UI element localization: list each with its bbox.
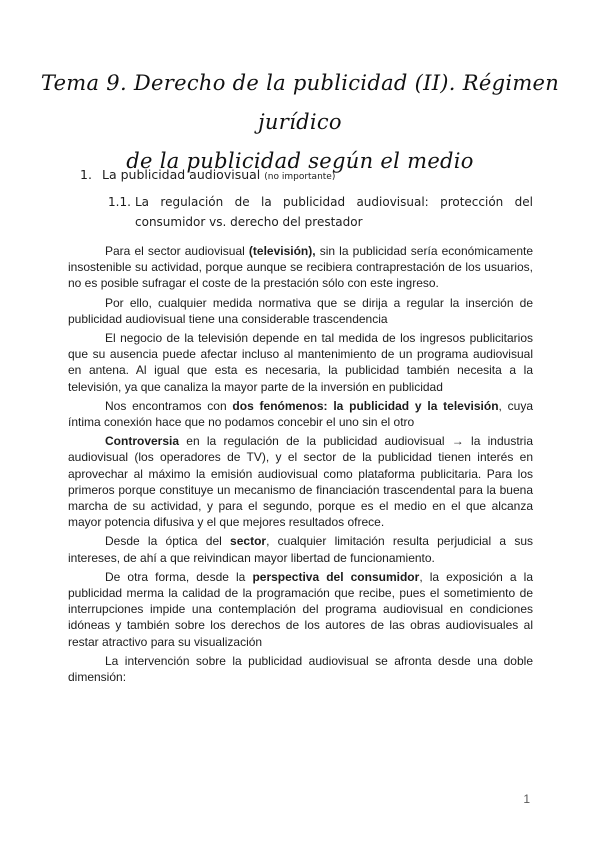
body-text: Para el sector audiovisual (televisión),… <box>68 243 533 685</box>
paragraph: Controversia en la regulación de la publ… <box>68 433 533 530</box>
heading-1-content: La publicidad audiovisual (no importante… <box>102 166 335 186</box>
text-run: Para el sector audiovisual <box>105 244 249 258</box>
document-page: Tema 9. Derecho de la publicidad (II). R… <box>0 0 600 848</box>
heading-1-note: (no importante) <box>264 172 335 182</box>
text-run: en la regulación de la publicidad audiov… <box>68 434 533 529</box>
heading-1-1: 1.1. La regulación de la publicidad audi… <box>68 192 533 232</box>
text-run: Por ello, cualquier medida normativa que… <box>68 296 533 326</box>
paragraph: De otra forma, desde la perspectiva del … <box>68 569 533 650</box>
text-run: De otra forma, desde la <box>105 570 252 584</box>
text-run: Nos encontramos con <box>105 399 232 413</box>
paragraph: Por ello, cualquier medida normativa que… <box>68 295 533 327</box>
document-body: 1. La publicidad audiovisual (no importa… <box>68 166 533 688</box>
heading-1: 1. La publicidad audiovisual (no importa… <box>68 166 533 186</box>
heading-1-text: La publicidad audiovisual <box>102 167 260 182</box>
paragraph: Desde la óptica del sector, cualquier li… <box>68 533 533 565</box>
text-run: Desde la óptica del <box>105 534 230 548</box>
text-run: El negocio de la televisión depende en t… <box>68 331 533 394</box>
heading-1-1-text: La regulación de la publicidad audiovisu… <box>135 192 533 232</box>
paragraph: El negocio de la televisión depende en t… <box>68 330 533 395</box>
bold-text-run: dos fenómenos: la publicidad y la televi… <box>232 399 498 413</box>
bold-text-run: Controversia <box>105 434 179 448</box>
bold-text-run: (televisión), <box>249 244 316 258</box>
document-title-line1: Tema 9. Derecho de la publicidad (II). R… <box>41 71 559 134</box>
heading-1-number: 1. <box>80 166 102 186</box>
paragraph: Para el sector audiovisual (televisión),… <box>68 243 533 292</box>
bold-text-run: perspectiva del consumidor <box>252 570 419 584</box>
paragraph: La intervención sobre la publicidad audi… <box>68 653 533 685</box>
page-number: 1 <box>523 792 530 806</box>
heading-1-1-number: 1.1. <box>108 192 135 232</box>
bold-text-run: sector <box>230 534 266 548</box>
document-title: Tema 9. Derecho de la publicidad (II). R… <box>0 64 600 181</box>
text-run: La intervención sobre la publicidad audi… <box>68 654 533 684</box>
paragraph: Nos encontramos con dos fenómenos: la pu… <box>68 398 533 430</box>
